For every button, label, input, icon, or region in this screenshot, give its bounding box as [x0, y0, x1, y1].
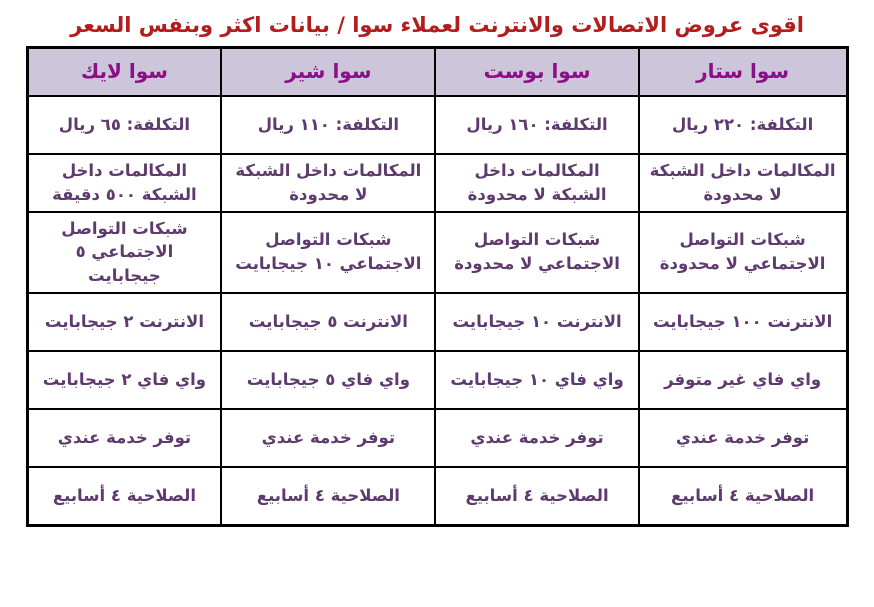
table-cell: المكالمات داخل الشبكة لا محدودة: [221, 154, 435, 212]
table-cell: شبكات التواصل الاجتماعي ٥ جيجابايت: [27, 212, 221, 294]
column-header-sawa-star: سوا ستار: [639, 48, 847, 96]
table-row-network-calls: المكالمات داخل الشبكة لا محدودة المكالما…: [27, 154, 847, 212]
table-cell: المكالمات داخل الشبكة ٥٠٠ دقيقة: [27, 154, 221, 212]
table-cell: واي فاي ١٠ جيجابايت: [435, 351, 638, 409]
table-cell: المكالمات داخل الشبكة لا محدودة: [639, 154, 847, 212]
table-row-wifi: واي فاي غير متوفر واي فاي ١٠ جيجابايت وا…: [27, 351, 847, 409]
table-cell: الانترنت ٢ جيجابايت: [27, 293, 221, 351]
table-row-endi-service: توفر خدمة عندي توفر خدمة عندي توفر خدمة …: [27, 409, 847, 467]
table-cell: الصلاحية ٤ أسابيع: [435, 467, 638, 525]
table-cell: الانترنت ١٠ جيجابايت: [435, 293, 638, 351]
table-cell: واي فاي غير متوفر: [639, 351, 847, 409]
table-row-internet: الانترنت ١٠٠ جيجابايت الانترنت ١٠ جيجابا…: [27, 293, 847, 351]
table-cell: التكلفة: ٦٥ ريال: [27, 96, 221, 154]
table-cell: توفر خدمة عندي: [27, 409, 221, 467]
plans-comparison-table: سوا ستار سوا بوست سوا شير سوا لايك التكل…: [26, 46, 849, 527]
header-row: سوا ستار سوا بوست سوا شير سوا لايك: [27, 48, 847, 96]
table-cell: واي فاي ٢ جيجابايت: [27, 351, 221, 409]
table-cell: توفر خدمة عندي: [221, 409, 435, 467]
table-cell: شبكات التواصل الاجتماعي لا محدودة: [639, 212, 847, 294]
table-cell: الصلاحية ٤ أسابيع: [639, 467, 847, 525]
column-header-sawa-post: سوا بوست: [435, 48, 638, 96]
table-cell: توفر خدمة عندي: [639, 409, 847, 467]
table-cell: الانترنت ٥ جيجابايت: [221, 293, 435, 351]
table-cell: التكلفة: ١١٠ ريال: [221, 96, 435, 154]
table-cell: التكلفة: ١٦٠ ريال: [435, 96, 638, 154]
page: اقوى عروض الاتصالات والانترنت لعملاء سوا…: [0, 13, 874, 527]
table-cell: المكالمات داخل الشبكة لا محدودة: [435, 154, 638, 212]
column-header-sawa-like: سوا لايك: [27, 48, 221, 96]
table-cell: شبكات التواصل الاجتماعي لا محدودة: [435, 212, 638, 294]
table-cell: الصلاحية ٤ أسابيع: [27, 467, 221, 525]
page-title: اقوى عروض الاتصالات والانترنت لعملاء سوا…: [0, 13, 874, 37]
table-cell: واي فاي ٥ جيجابايت: [221, 351, 435, 409]
table-row-social-media: شبكات التواصل الاجتماعي لا محدودة شبكات …: [27, 212, 847, 294]
table-row-validity: الصلاحية ٤ أسابيع الصلاحية ٤ أسابيع الصل…: [27, 467, 847, 525]
table-cell: شبكات التواصل الاجتماعي ١٠ جيجابايت: [221, 212, 435, 294]
table-cell: الصلاحية ٤ أسابيع: [221, 467, 435, 525]
table-cell: توفر خدمة عندي: [435, 409, 638, 467]
column-header-sawa-share: سوا شير: [221, 48, 435, 96]
table-row-cost: التكلفة: ٢٢٠ ريال التكلفة: ١٦٠ ريال التك…: [27, 96, 847, 154]
table-cell: الانترنت ١٠٠ جيجابايت: [639, 293, 847, 351]
table-cell: التكلفة: ٢٢٠ ريال: [639, 96, 847, 154]
